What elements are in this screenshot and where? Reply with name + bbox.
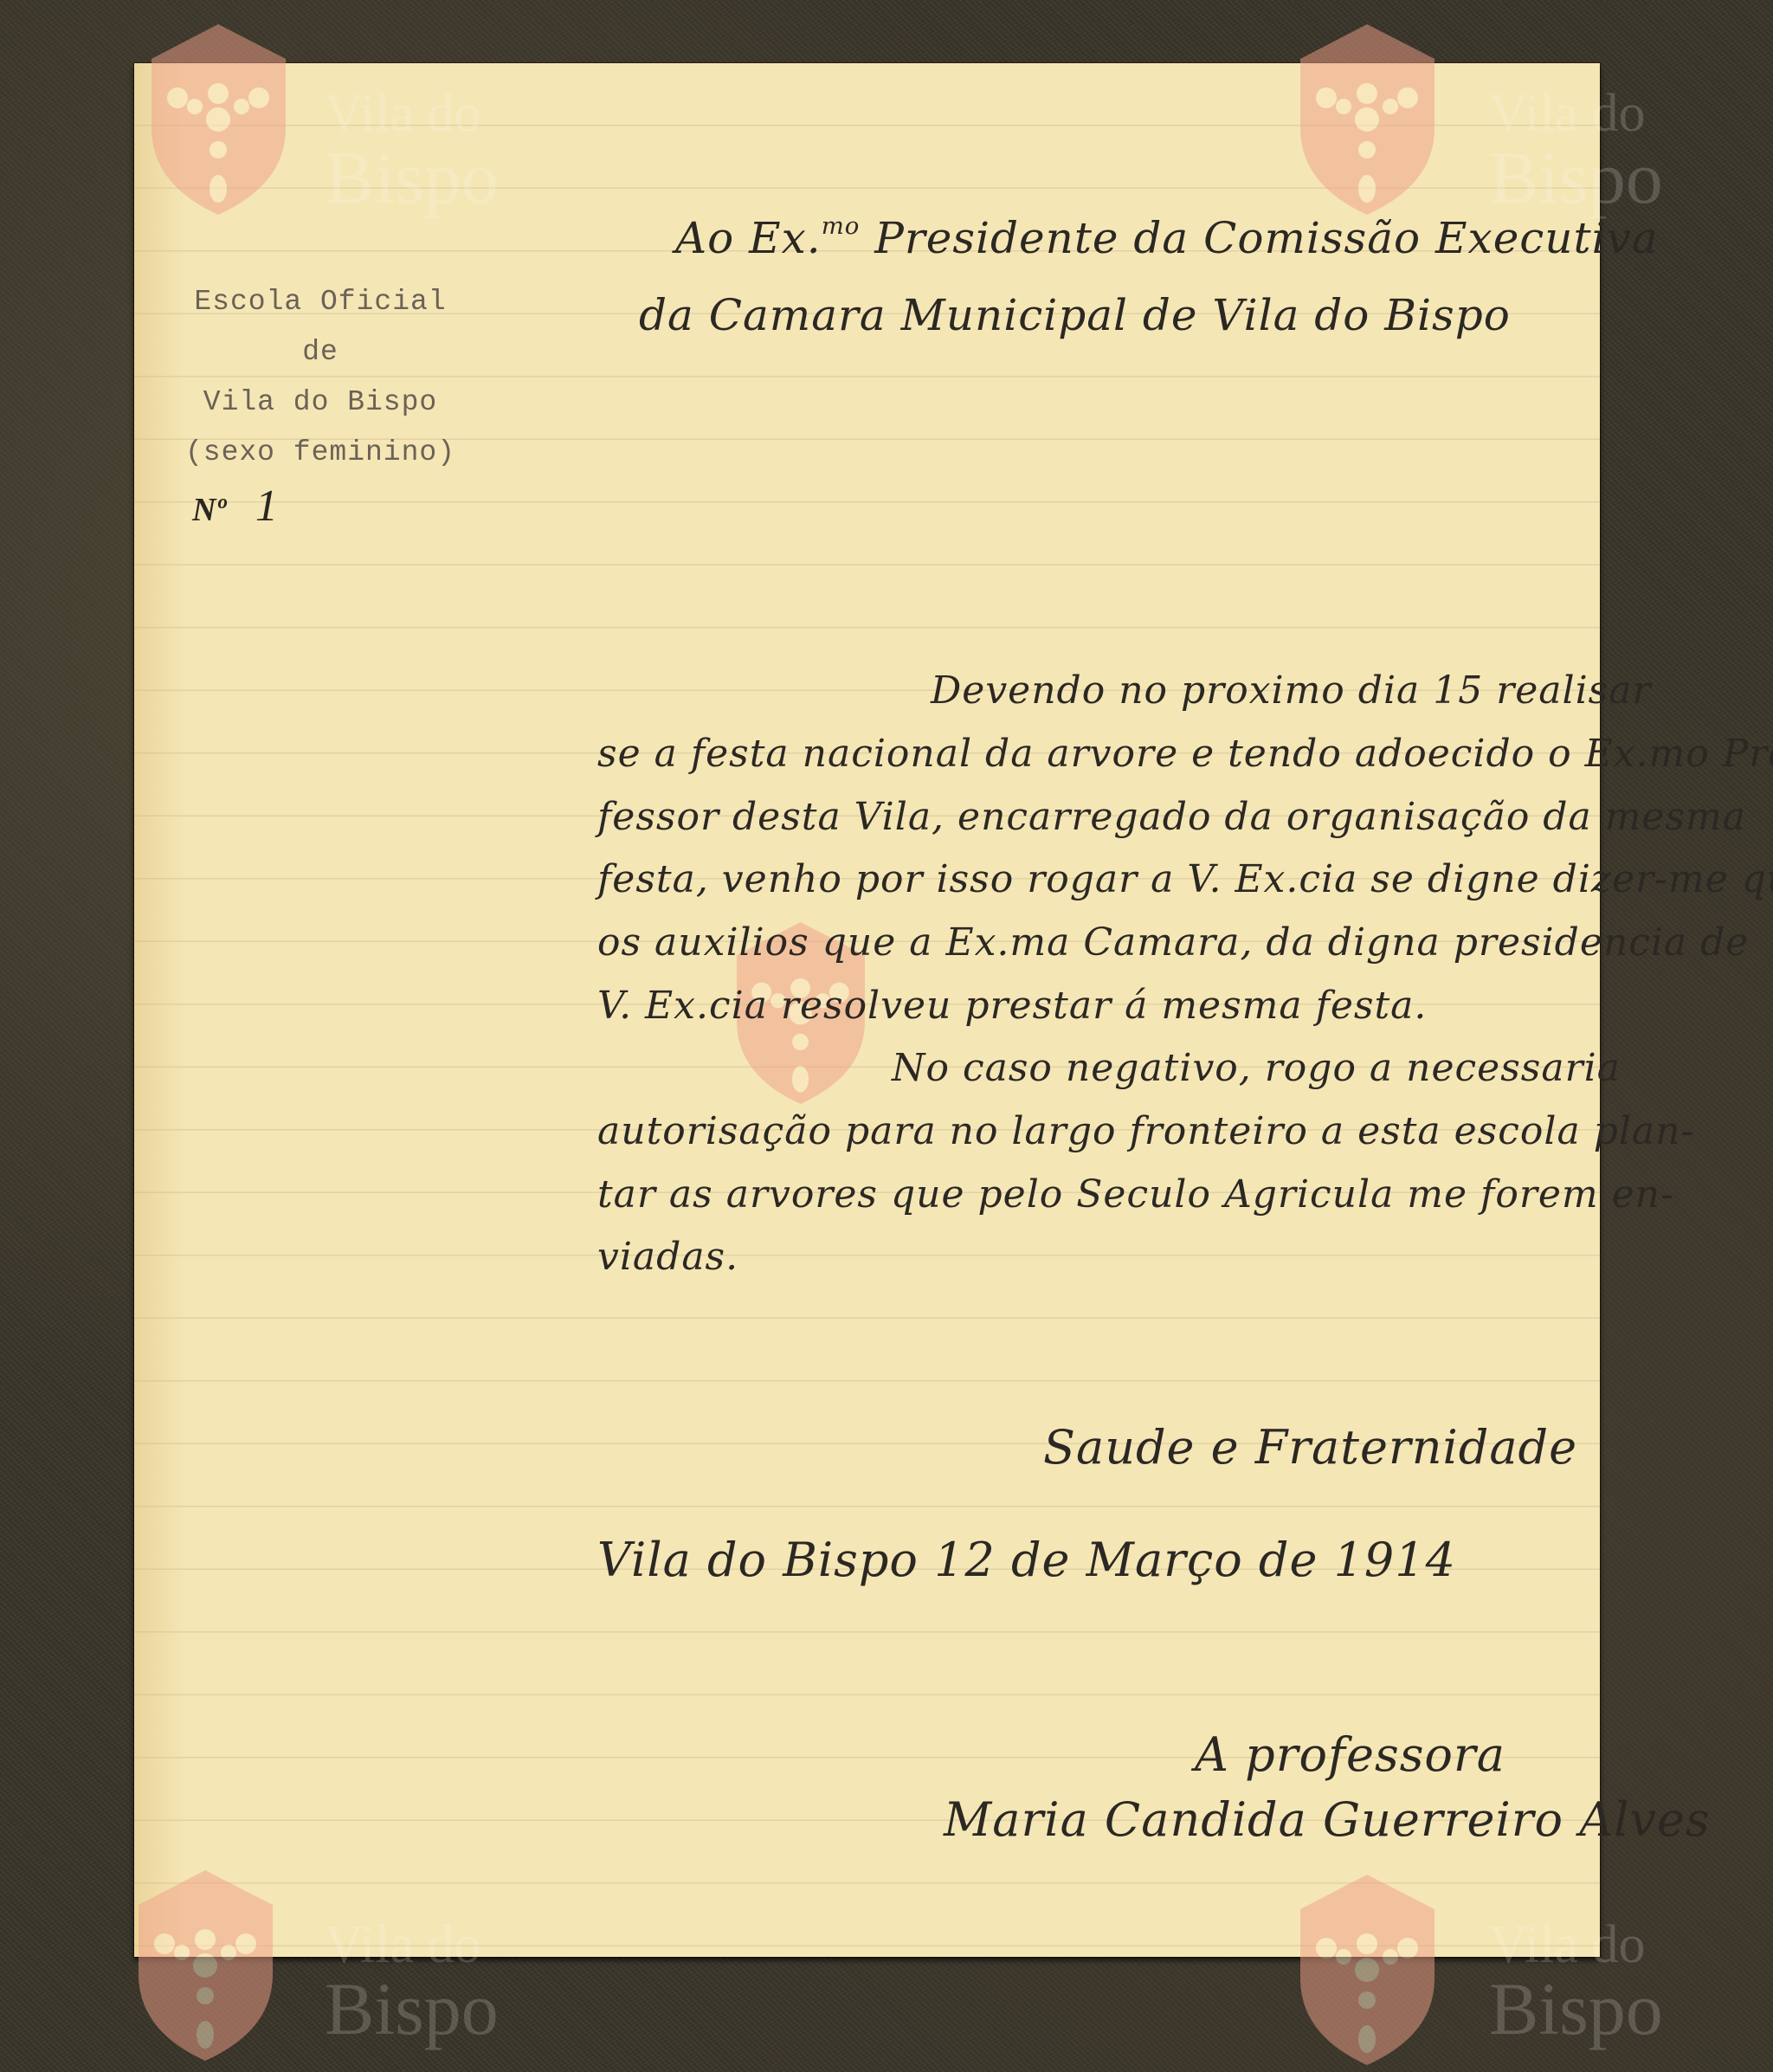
stamp-line-section: (sexo feminino) xyxy=(173,428,467,478)
body-line: tar as arvores que pelo Seculo Agricula … xyxy=(597,1172,1674,1217)
stamp-line-school: Escola Oficial xyxy=(173,277,467,327)
number-value: 1 xyxy=(255,481,278,531)
number-label: Nº xyxy=(192,492,226,528)
signature-name: Maria Candida Guerreiro Alves xyxy=(944,1792,1711,1847)
salutation: Saude e Fraternidade xyxy=(1043,1420,1577,1475)
body-line: autorisação para no largo fronteiro a es… xyxy=(597,1109,1694,1153)
body-line: Devendo no proximo dia 15 realisar xyxy=(931,668,1652,713)
addressee-line-2: da Camara Municipal de Vila do Bispo xyxy=(639,290,1511,340)
body-line: viadas. xyxy=(597,1235,738,1279)
place-and-date: Vila do Bispo 12 de Março de 1914 xyxy=(597,1533,1456,1587)
stamp-line-de: de xyxy=(173,327,467,378)
body-line: os auxilios que a Ex.ma Camara, da digna… xyxy=(597,920,1749,965)
signature-title: A professora xyxy=(1195,1727,1505,1782)
body-line: festa, venho por isso rogar a V. Ex.cia … xyxy=(597,857,1773,901)
body-line: fessor desta Vila, encarregado da organi… xyxy=(597,795,1746,839)
school-stamp: Escola Oficial de Vila do Bispo (sexo fe… xyxy=(173,277,467,478)
stamp-line-town: Vila do Bispo xyxy=(173,378,467,428)
addressee-line-1: Ao Ex.mo Presidente da Comissão Executiv… xyxy=(675,212,1659,263)
document-number: Nº1 xyxy=(192,481,278,532)
body-line: se a festa nacional da arvore e tendo ad… xyxy=(597,732,1773,776)
body-line: No caso negativo, rogo a necessaria xyxy=(892,1046,1621,1090)
body-line: V. Ex.cia resolveu prestar á mesma festa… xyxy=(597,984,1427,1028)
